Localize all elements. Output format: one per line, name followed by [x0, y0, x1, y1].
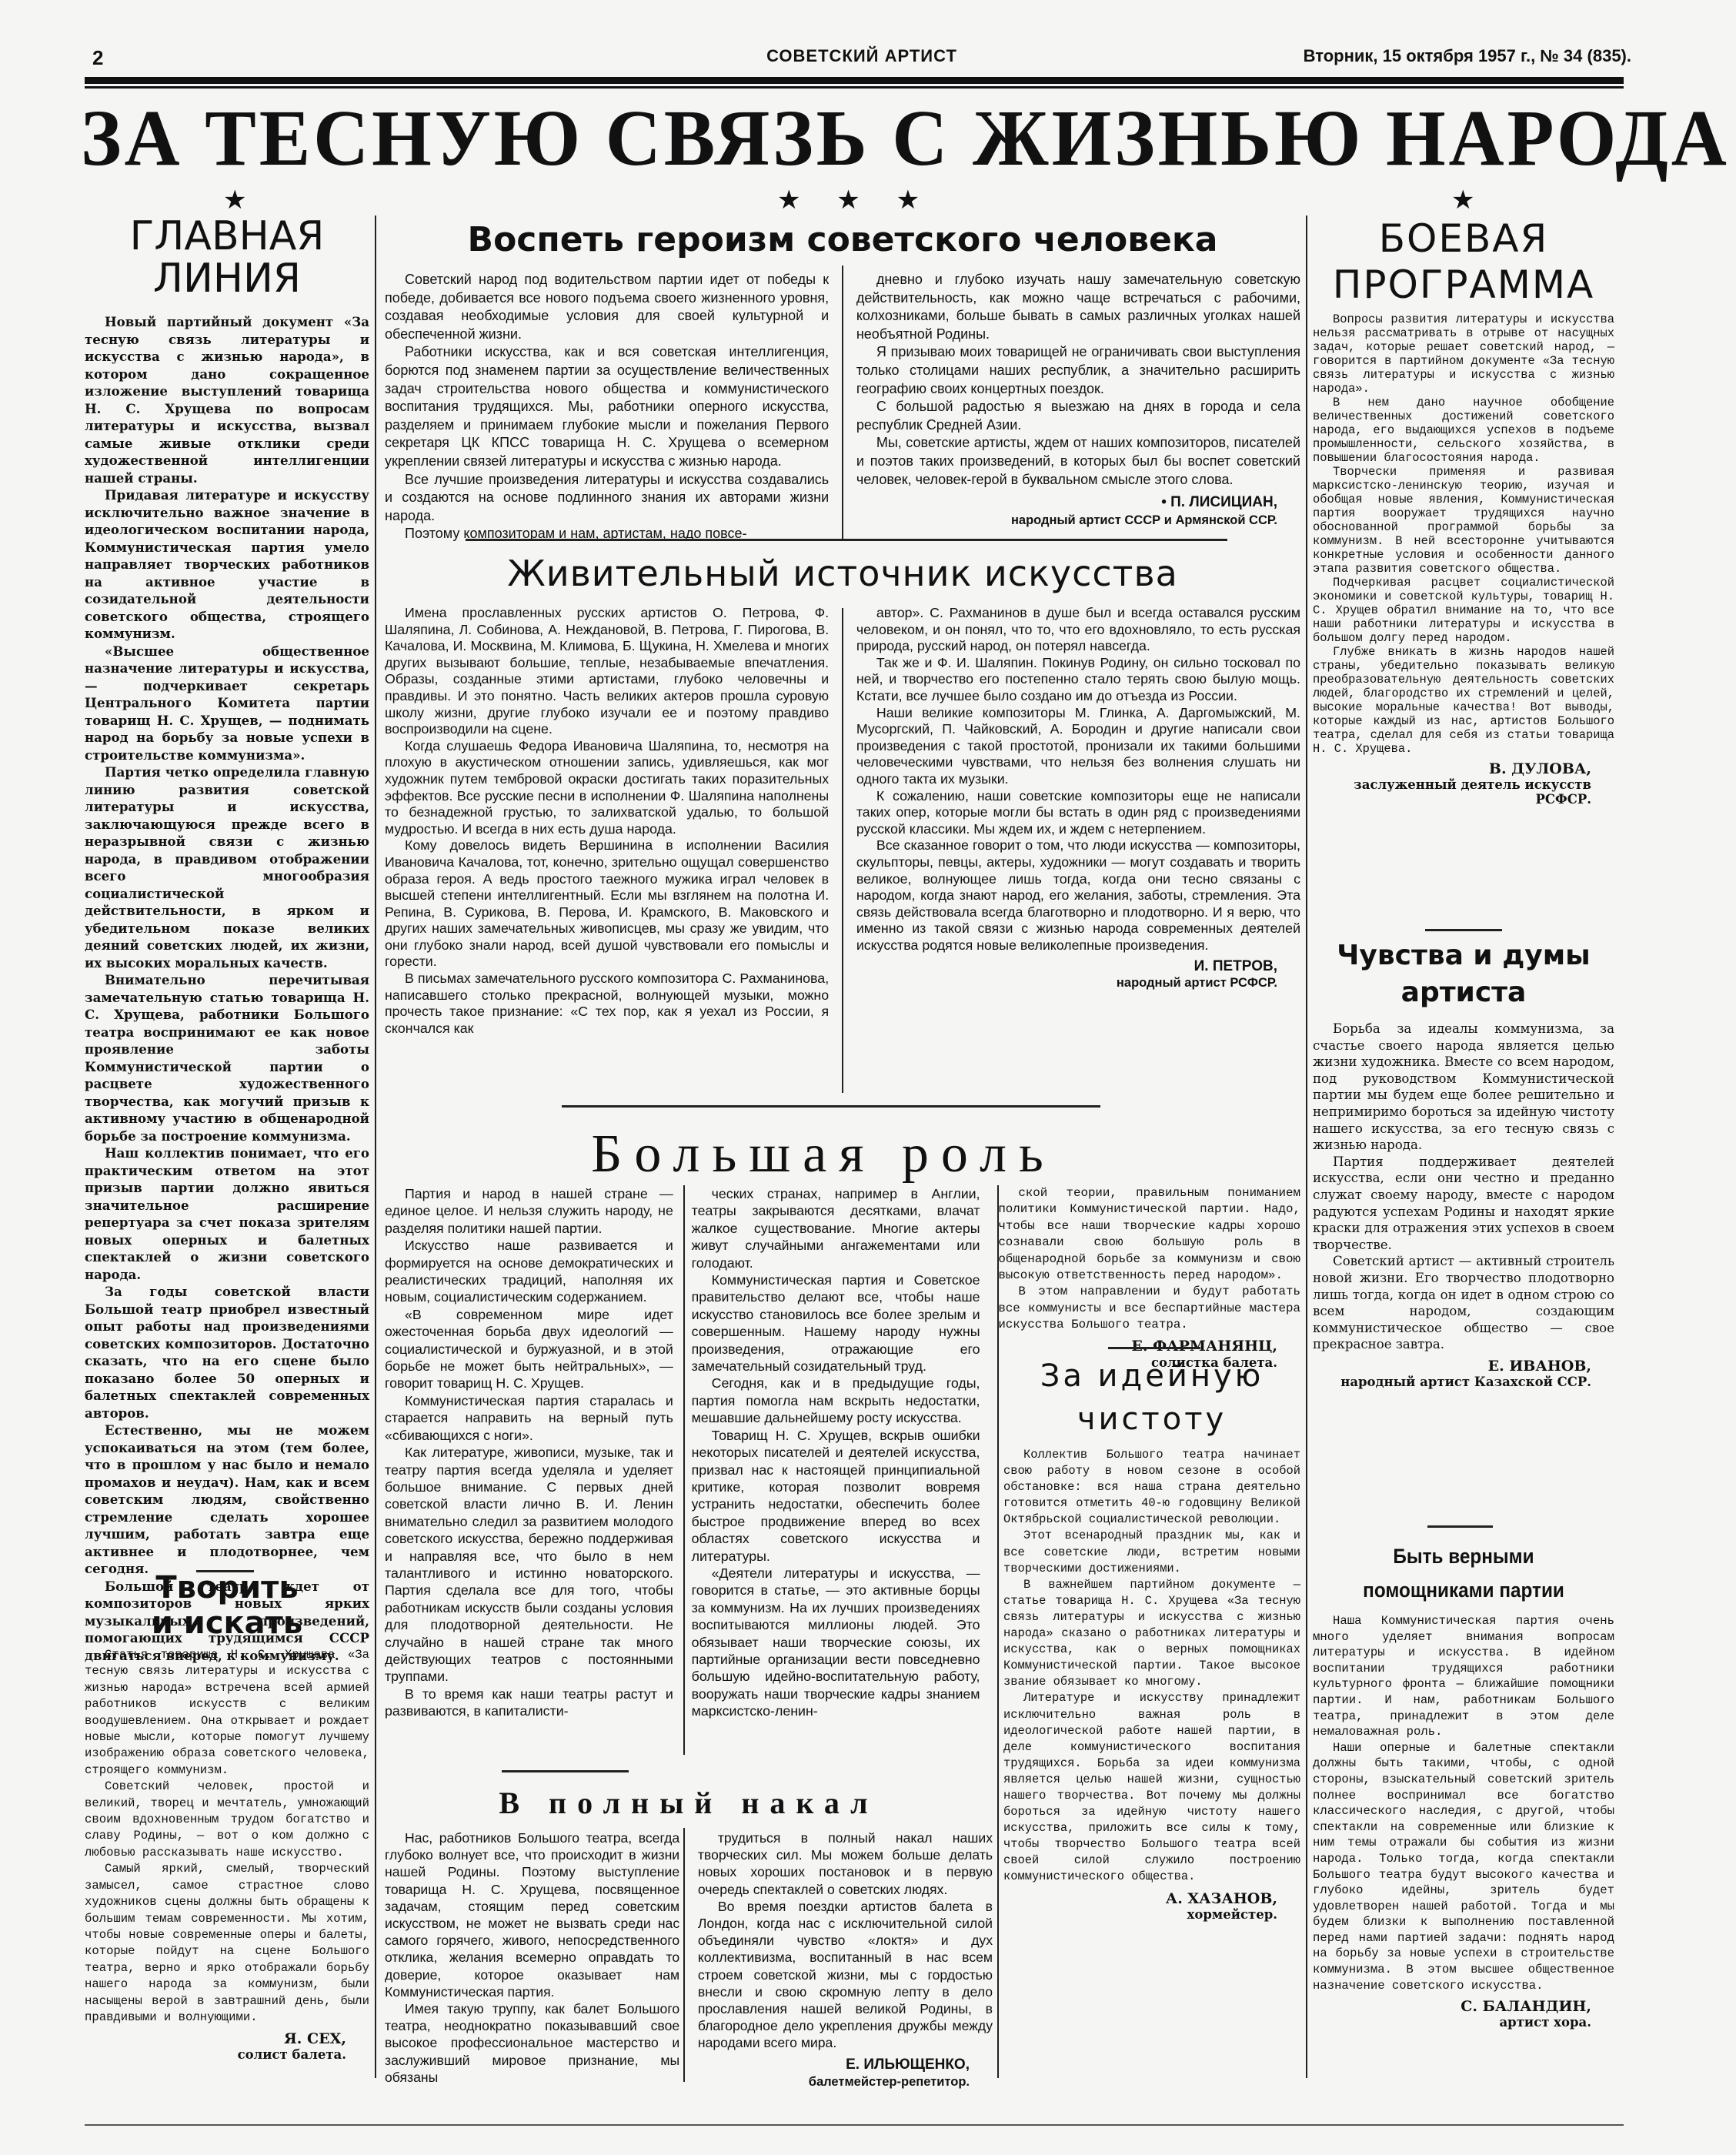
paragraph: Коммунистическая партия старалась и стар… — [385, 1392, 673, 1444]
issue-date: Вторник, 15 октября 1957 г., № 34 (835). — [1304, 46, 1631, 66]
article-title: Воспеть героизм советского человека — [385, 217, 1300, 263]
paragraph: «Высшее общественное назначение литерату… — [85, 643, 369, 764]
article-body: Нас, работников Большого театра, всегда … — [385, 1829, 993, 2090]
section-divider — [1425, 929, 1502, 931]
author-role: народный артист СССР и Армянской ССР. — [856, 512, 1300, 530]
title-line: помощниками партии — [1328, 1573, 1600, 1607]
paragraph: Нас, работников Большого театра, всегда … — [385, 1829, 679, 2000]
star-ornament-icon: ★ — [1451, 185, 1474, 215]
paragraph: Партия и народ в нашей стране — единое ц… — [385, 1185, 673, 1237]
paragraph: Творчески применяя и развивая марксистск… — [1313, 465, 1614, 576]
paragraph: Советский народ под водительством партии… — [385, 271, 829, 343]
paragraph: Сегодня, как и в предыдущие годы, партия… — [692, 1375, 980, 1426]
author-role: артист хора. — [1313, 2015, 1614, 2030]
section-divider — [502, 1770, 629, 1772]
paragraph: С большой радостью я выезжаю на днях в г… — [856, 398, 1300, 434]
paragraph: Новый партийный документ «За тесную связ… — [85, 313, 369, 486]
author-role: солист балета. — [85, 2047, 369, 2062]
text-column: Советский народ под водительством партии… — [385, 271, 829, 543]
paragraph: Внимательно перечитывая замечательную ст… — [85, 971, 369, 1144]
author-name: С. БАЛАНДИН, — [1313, 1998, 1614, 2015]
paragraph: К сожалению, наши советские композиторы … — [856, 788, 1300, 838]
title-line: ГЛАВНАЯ — [85, 215, 369, 258]
masthead-rule-thin — [85, 86, 1624, 89]
paragraph: Наш коллектив понимает, что его практиче… — [85, 1144, 369, 1283]
article-title: Быть верными помощниками партии — [1328, 1539, 1600, 1607]
article-body: Статья товарища Н. С. Хрущева «За тесную… — [85, 1647, 369, 2026]
author-role: балетмейстер-репетитор. — [698, 2073, 993, 2090]
article-title: Творить и искать — [85, 1570, 369, 1641]
masthead: 2 СОВЕТСКИЙ АРТИСТ Вторник, 15 октября 1… — [92, 46, 1631, 92]
column-divider — [842, 266, 843, 539]
paragraph: Самый яркий, смелый, творческий замысел,… — [85, 1861, 369, 2026]
paragraph: Во время поездки артистов балета в Лондо… — [698, 1898, 993, 2052]
column-divider — [683, 1185, 685, 1755]
paragraph: ской теории, правильным пониманием полит… — [998, 1185, 1300, 1284]
paragraph: Партия поддерживает деятелей искусства, … — [1313, 1154, 1614, 1254]
article-body: Борьба за идеалы коммунизма, за счастье … — [1313, 1021, 1614, 1353]
author-name: Я. СЕХ, — [85, 2030, 369, 2047]
paragraph: Имея такую труппу, как балет Большого те… — [385, 2000, 679, 2086]
paragraph: «В современном мире идет ожесточенная бо… — [385, 1306, 673, 1392]
paragraph: В нем дано научное обобщение величествен… — [1313, 396, 1614, 465]
author-role: хормейстер. — [1003, 1907, 1300, 1922]
main-headline: ЗА ТЕСНУЮ СВЯЗЬ С ЖИЗНЬЮ НАРОДА — [81, 96, 1566, 181]
paragraph: ческих странах, например в Англии, театр… — [692, 1185, 980, 1271]
paragraph: Советский артист — активный строитель но… — [1313, 1253, 1614, 1353]
article-glavnaya-liniya: ГЛАВНАЯ ЛИНИЯ Новый партийный документ «… — [85, 215, 369, 1664]
paragraph: Борьба за идеалы коммунизма, за счастье … — [1313, 1021, 1614, 1154]
article-title: Большая роль — [569, 1120, 1077, 1189]
paragraph: Искусство наше развивается и формируется… — [385, 1237, 673, 1306]
page-bottom-rule — [85, 2124, 1624, 2126]
column-divider — [1306, 215, 1307, 2078]
masthead-rule — [85, 77, 1624, 84]
article-title: В полный накал — [385, 1782, 993, 1825]
paragraph: За годы советской власти Большой театр п… — [85, 1283, 369, 1422]
column-divider — [683, 1828, 685, 2082]
paragraph: Коллектив Большого театра начинает свою … — [1003, 1447, 1300, 1528]
title-line: БОЕВАЯ — [1313, 215, 1614, 262]
title-line: Быть верными — [1328, 1539, 1600, 1573]
paragraph: Партия четко определила главную линию ра… — [85, 763, 369, 971]
paragraph: дневно и глубоко изучать нашу замечатель… — [856, 271, 1300, 343]
paragraph: Наша Коммунистическая партия очень много… — [1313, 1613, 1614, 1740]
paragraph: В важнейшем партийном документе — статье… — [1003, 1577, 1300, 1691]
column-divider — [375, 215, 376, 2078]
paragraph: Товарищ Н. С. Хрущев, вскрыв ошибки неко… — [692, 1427, 980, 1565]
text-column: трудиться в полный накал наших творчески… — [698, 1829, 993, 2090]
author-name: В. ДУЛОВА, — [1313, 760, 1614, 777]
paragraph: «Деятели литературы и искусства, — говор… — [692, 1565, 980, 1720]
author-role: народный артист Казахской ССР. — [1313, 1375, 1614, 1389]
title-line: ПРОГРАММА — [1313, 262, 1614, 308]
article-title: За идейную чистоту — [1003, 1355, 1300, 1441]
title-line: Чувства и думы — [1313, 937, 1614, 974]
section-divider — [466, 539, 1227, 541]
paragraph: Как литературе, живописи, музыке, так и … — [385, 1444, 673, 1686]
paragraph: Я призываю моих товарищей не ограничиват… — [856, 343, 1300, 398]
paragraph: Коммунистическая партия и Советское прав… — [692, 1271, 980, 1375]
article-title: Живительный источник искусства — [385, 548, 1300, 599]
column-divider — [842, 608, 843, 1093]
title-line: За идейную — [1003, 1355, 1300, 1398]
paragraph: Все лучшие произведения литературы и иск… — [385, 471, 829, 526]
paragraph: В этом направлении и будут работать все … — [998, 1284, 1300, 1333]
text-column: Партия и народ в нашей стране — единое ц… — [385, 1185, 673, 1720]
author-name: • П. ЛИСИЦИАН, — [856, 493, 1300, 512]
article-chuvstva-i-dumy: Чувства и думы артиста Борьба за идеалы … — [1313, 937, 1614, 1389]
title-line: артиста — [1313, 974, 1614, 1011]
paragraph: Этот всенародный праздник мы, как и все … — [1003, 1528, 1300, 1576]
title-line: Творить — [85, 1570, 369, 1605]
paragraph: Работники искусства, как и вся советская… — [385, 343, 829, 470]
author-role: народный артист РСФСР. — [856, 975, 1300, 992]
paragraph: Подчеркивая расцвет социалистической эко… — [1313, 576, 1614, 645]
paragraph: Наши великие композиторы М. Глинка, А. Д… — [856, 705, 1300, 788]
paragraph: Так же и Ф. И. Шаляпин. Покинув Родину, … — [856, 655, 1300, 705]
article-za-ideynuyu-chistotu: За идейную чистоту Коллектив Большого те… — [1003, 1355, 1300, 1922]
article-v-polny-nakal: В полный накал Нас, работников Большого … — [385, 1782, 993, 2090]
title-line: чистоту — [1003, 1398, 1300, 1441]
article-body: Вопросы развития литературы и искусства … — [1313, 312, 1614, 756]
paragraph: Придавая литературе и искусству исключит… — [85, 486, 369, 643]
paragraph: Когда слушаешь Федора Ивановича Шаляпина… — [385, 738, 829, 838]
article-body: Новый партийный документ «За тесную связ… — [85, 313, 369, 1664]
text-column: автор». С. Рахманинов в душе был и всегд… — [856, 605, 1300, 1037]
article-byt-vernymi: Быть верными помощниками партии Наша Ком… — [1313, 1539, 1614, 2030]
paragraph: Имена прославленных русских артистов О. … — [385, 605, 829, 738]
paragraph: Литературе и искусству принадлежит исклю… — [1003, 1690, 1300, 1885]
title-line: и искать — [85, 1605, 369, 1641]
paragraph: автор». С. Рахманинов в душе был и всегд… — [856, 605, 1300, 655]
paragraph: В то время как наши театры растут и разв… — [385, 1686, 673, 1720]
paragraph: Все сказанное говорит о том, что люди ис… — [856, 837, 1300, 954]
text-column: дневно и глубоко изучать нашу замечатель… — [856, 271, 1300, 543]
text-column: Имена прославленных русских артистов О. … — [385, 605, 829, 1037]
column-divider — [997, 1185, 999, 2078]
paragraph: Наши оперные и балетные спектакли должны… — [1313, 1740, 1614, 1994]
paragraph: Статья товарища Н. С. Хрущева «За тесную… — [85, 1647, 369, 1779]
section-divider — [562, 1105, 1100, 1108]
paragraph: Кому довелось видеть Вершинина в исполне… — [385, 837, 829, 971]
article-title: БОЕВАЯ ПРОГРАММА — [1313, 215, 1614, 308]
text-column: Нас, работников Большого театра, всегда … — [385, 1829, 679, 2090]
title-line: ЛИНИЯ — [85, 258, 369, 300]
paragraph: Глубже вникать в жизнь народов нашей стр… — [1313, 645, 1614, 756]
author-name: И. ПЕТРОВ, — [856, 958, 1300, 975]
author-name: Е. ИВАНОВ, — [1313, 1358, 1614, 1375]
paragraph: В письмах замечательного русского композ… — [385, 971, 829, 1037]
article-title: ГЛАВНАЯ ЛИНИЯ — [85, 215, 369, 299]
paragraph: Естественно, мы не можем успокаиваться н… — [85, 1422, 369, 1578]
article-body: Коллектив Большого театра начинает свою … — [1003, 1447, 1300, 1886]
article-tvorit-i-iskat: Творить и искать Статья товарища Н. С. Х… — [85, 1570, 369, 2062]
section-divider — [1427, 1525, 1493, 1528]
paragraph: трудиться в полный накал наших творчески… — [698, 1829, 993, 1898]
paragraph: Советский человек, простой и великий, тв… — [85, 1779, 369, 1861]
text-column: ческих странах, например в Англии, театр… — [692, 1185, 980, 1720]
article-boevaya-programma: БОЕВАЯ ПРОГРАММА Вопросы развития литера… — [1313, 215, 1614, 807]
article-title: Чувства и думы артиста — [1313, 937, 1614, 1011]
author-role: заслуженный деятель искусств РСФСР. — [1313, 777, 1614, 807]
author-name: Е. ИЛЬЮЩЕНКО, — [698, 2056, 993, 2073]
paragraph: Вопросы развития литературы и искусства … — [1313, 312, 1614, 396]
article-body: Наша Коммунистическая партия очень много… — [1313, 1613, 1614, 1993]
triple-star-ornament-icon: ★ ★ ★ — [777, 185, 933, 215]
star-ornament-icon: ★ — [223, 185, 246, 215]
author-name: А. ХАЗАНОВ, — [1003, 1890, 1300, 1907]
paragraph: Мы, советские артисты, ждем от наших ком… — [856, 434, 1300, 489]
section-divider — [1108, 1347, 1200, 1349]
